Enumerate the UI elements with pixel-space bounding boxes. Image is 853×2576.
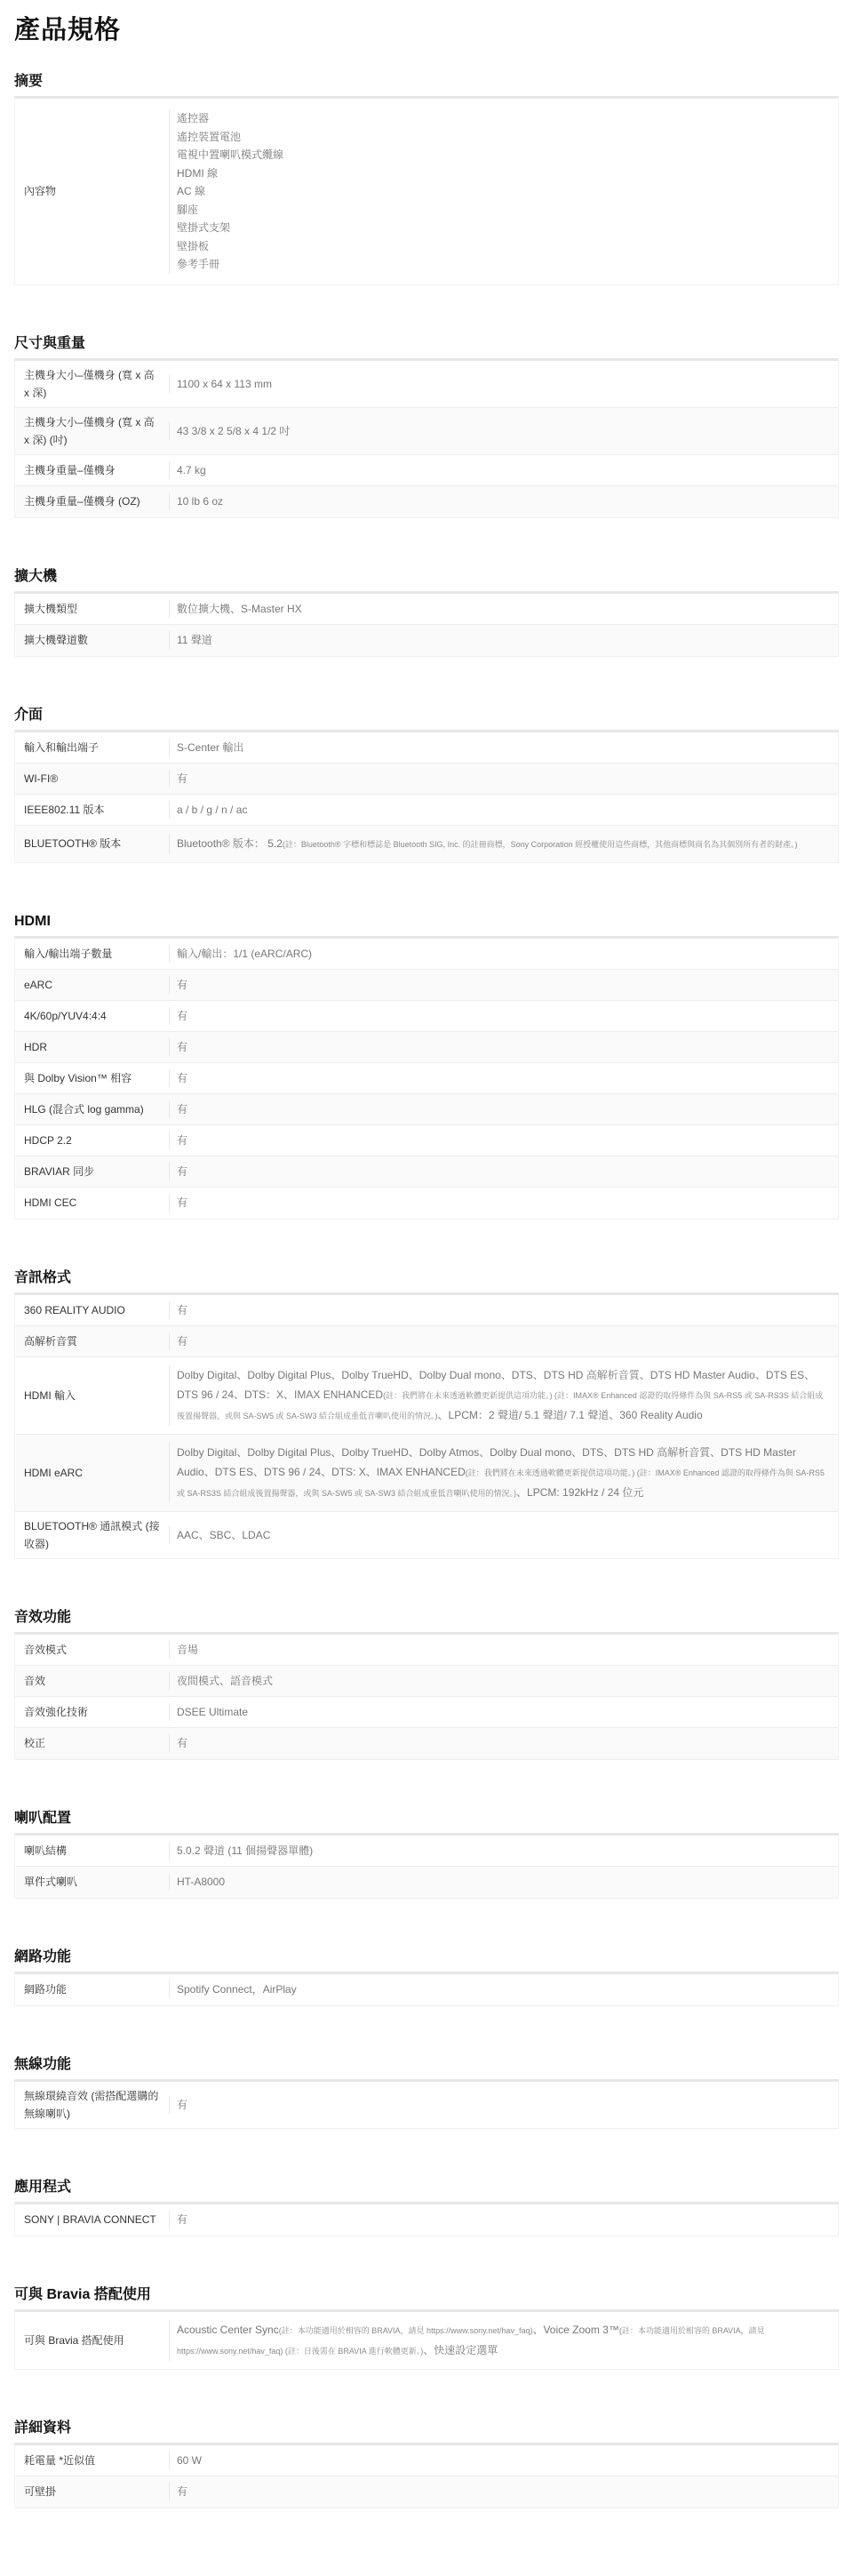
spec-value: Dolby Digital、Dolby Digital Plus、Dolby T… (169, 1443, 838, 1503)
spec-label: BRAVIAR 同步 (15, 1163, 169, 1180)
spec-label: 擴大機類型 (15, 600, 169, 618)
footnote-text: (註：Bluetooth® 字標和標誌是 Bluetooth SIG, Inc.… (283, 840, 798, 849)
spec-value: 11 聲道 (169, 631, 838, 649)
spec-row: HDCP 2.2 有 (15, 1125, 838, 1156)
spec-row: 主機身重量–僅機身 4.7 kg (15, 455, 838, 486)
spec-value: 60 W (169, 2452, 838, 2469)
spec-value: 有 (169, 1163, 838, 1180)
spec-label: 音效模式 (15, 1641, 169, 1659)
spec-label: 耗電量 *近似值 (15, 2452, 169, 2469)
contents-list-item: HDMI 線 (177, 164, 825, 183)
spec-row: HDMI eARC Dolby Digital、Dolby Digital Pl… (15, 1435, 838, 1512)
spec-label: 單件式喇叭 (15, 1873, 169, 1891)
spec-label: IEEE802.11 版本 (15, 801, 169, 819)
spec-value: 輸入/輸出：1/1 (eARC/ARC) (169, 945, 838, 963)
spec-value: 43 3/8 x 2 5/8 x 4 1/2 吋 (169, 422, 838, 440)
spec-table: 主機身大小–僅機身 (寬 x 高 x 深) 1100 x 64 x 113 mm… (14, 358, 839, 518)
spec-value: 有 (169, 1194, 838, 1212)
spec-value: 有 (169, 2096, 838, 2114)
spec-label: 4K/60p/YUV4:4:4 (15, 1007, 169, 1025)
spec-row: 喇叭結構 5.0.2 聲道 (11 個揚聲器單體) (15, 1836, 838, 1867)
spec-table: 擴大機類型 數位擴大機、S-Master HX 擴大機聲道數 11 聲道 (14, 591, 839, 657)
spec-value: 有 (169, 1332, 838, 1350)
spec-value: HT-A8000 (169, 1873, 838, 1891)
spec-value: Bluetooth® 版本： 5.2(註：Bluetooth® 字標和標誌是 B… (169, 834, 838, 854)
spec-label: 高解析音質 (15, 1332, 169, 1350)
spec-row: BLUETOOTH® 版本 Bluetooth® 版本： 5.2(註：Bluet… (15, 826, 838, 862)
spec-label: 輸入和輸出端子 (15, 739, 169, 756)
spec-label: HDMI eARC (15, 1464, 169, 1482)
page-title: 產品規格 (14, 0, 839, 73)
contents-list-item: 腳座 (177, 201, 825, 220)
spec-value: Acoustic Center Sync(註：本功能適用於相容的 BRAVIA，… (169, 2320, 838, 2361)
spec-value: Dolby Digital、Dolby Digital Plus、Dolby T… (169, 1365, 838, 1426)
spec-label: 主機身重量–僅機身 (15, 461, 169, 479)
spec-label: 主機身大小–僅機身 (寬 x 高 x 深) (15, 366, 169, 402)
spec-row: 主機身重量–僅機身 (OZ) 10 lb 6 oz (15, 486, 838, 517)
spec-label: 擴大機聲道數 (15, 631, 169, 649)
spec-section-0: 摘要 內容物 遙控器遙控裝置電池電視中置喇叭模式纜線HDMI 線AC 線腳座壁掛… (14, 73, 839, 285)
footnote-text: (註：本功能適用於相容的 BRAVIA，請見 https://www.sony.… (279, 2326, 533, 2335)
spec-section-6: 音效功能 音效模式 音場 音效 夜間模式、語音模式 音效強化技術 DSEE Ul… (14, 1609, 839, 1760)
spec-value: 有 (169, 2211, 838, 2228)
spec-row: 輸入/輸出端子數量 輸入/輸出：1/1 (eARC/ARC) (15, 939, 838, 970)
spec-label: WI-FI® (15, 770, 169, 788)
section-title: 摘要 (14, 73, 839, 96)
section-title: 網路功能 (14, 1948, 839, 1972)
spec-label: 可壁掛 (15, 2483, 169, 2500)
spec-label: 喇叭結構 (15, 1842, 169, 1860)
spec-section-9: 無線功能 無線環繞音效 (需搭配選購的無線喇叭) 有 (14, 2056, 839, 2129)
spec-value: DSEE Ultimate (169, 1703, 838, 1721)
spec-row: BRAVIAR 同步 有 (15, 1156, 838, 1188)
contents-list-item: AC 線 (177, 182, 825, 201)
spec-row: 可壁掛 有 (15, 2476, 838, 2508)
value-text: 、Voice Zoom 3™ (532, 2324, 618, 2336)
spec-row: 網路功能 Spotify Connect，AirPlay (15, 1974, 838, 2005)
spec-value: 音場 (169, 1641, 838, 1659)
spec-row: HDMI CEC 有 (15, 1188, 838, 1219)
spec-label: 360 REALITY AUDIO (15, 1301, 169, 1319)
spec-label: 主機身大小–僅機身 (寬 x 高 x 深) (吋) (15, 413, 169, 449)
section-title: 音訊格式 (14, 1269, 839, 1292)
section-title: 無線功能 (14, 2056, 839, 2079)
contents-list: 遙控器遙控裝置電池電視中置喇叭模式纜線HDMI 線AC 線腳座壁掛式支架壁掛板參… (177, 109, 825, 274)
spec-table: 輸入/輸出端子數量 輸入/輸出：1/1 (eARC/ARC) eARC 有 4K… (14, 936, 839, 1220)
spec-row: 音效模式 音場 (15, 1635, 838, 1666)
value-text: 、LPCM：2 聲道/ 5.1 聲道/ 7.1 聲道、360 Reality A… (438, 1409, 703, 1421)
spec-label: SONY | BRAVIA CONNECT (15, 2211, 169, 2228)
value-text: Acoustic Center Sync (177, 2324, 279, 2336)
spec-value: 有 (169, 1734, 838, 1752)
section-title: 應用程式 (14, 2179, 839, 2202)
spec-label: 無線環繞音效 (需搭配選購的無線喇叭) (15, 2087, 169, 2123)
spec-row: 與 Dolby Vision™ 相容 有 (15, 1063, 838, 1094)
spec-value: 有 (169, 1007, 838, 1025)
section-title: 音效功能 (14, 1609, 839, 1632)
spec-label: 內容物 (15, 182, 169, 200)
spec-label: HDMI CEC (15, 1194, 169, 1212)
spec-table: 內容物 遙控器遙控裝置電池電視中置喇叭模式纜線HDMI 線AC 線腳座壁掛式支架… (14, 96, 839, 285)
spec-label: 輸入/輸出端子數量 (15, 945, 169, 963)
spec-value: 有 (169, 1132, 838, 1149)
value-text: 、LPCM: 192kHz / 24 位元 (516, 1486, 643, 1499)
spec-table: 可與 Bravia 搭配使用 Acoustic Center Sync(註：本功… (14, 2309, 839, 2370)
section-title: 喇叭配置 (14, 1810, 839, 1833)
contents-list-item: 參考手冊 (177, 255, 825, 274)
spec-row: 無線環繞音效 (需搭配選購的無線喇叭) 有 (15, 2082, 838, 2128)
spec-label: 音效強化技術 (15, 1703, 169, 1721)
spec-row: 高解析音質 有 (15, 1326, 838, 1357)
spec-label: BLUETOOTH® 通訊模式 (接收器) (15, 1517, 169, 1553)
section-title: 尺寸與重量 (14, 335, 839, 358)
spec-section-3: 介面 輸入和輸出端子 S-Center 輸出 WI-FI® 有 IEEE802.… (14, 707, 839, 863)
spec-section-8: 網路功能 網路功能 Spotify Connect，AirPlay (14, 1948, 839, 2006)
spec-row: 可與 Bravia 搭配使用 Acoustic Center Sync(註：本功… (15, 2312, 838, 2369)
spec-row: WI-FI® 有 (15, 764, 838, 795)
contents-list-item: 壁掛式支架 (177, 219, 825, 237)
spec-label: BLUETOOTH® 版本 (15, 835, 169, 852)
contents-list-item: 電視中置喇叭模式纜線 (177, 146, 825, 164)
spec-value: 有 (169, 976, 838, 994)
spec-value: 有 (169, 2483, 838, 2500)
spec-table: 喇叭結構 5.0.2 聲道 (11 個揚聲器單體) 單件式喇叭 HT-A8000 (14, 1833, 839, 1899)
spec-sections: 摘要 內容物 遙控器遙控裝置電池電視中置喇叭模式纜線HDMI 線AC 線腳座壁掛… (14, 73, 839, 2508)
spec-row: 360 REALITY AUDIO 有 (15, 1295, 838, 1326)
spec-table: 無線環繞音效 (需搭配選購的無線喇叭) 有 (14, 2079, 839, 2129)
section-title: 介面 (14, 707, 839, 730)
spec-section-1: 尺寸與重量 主機身大小–僅機身 (寬 x 高 x 深) 1100 x 64 x … (14, 335, 839, 518)
spec-label: 與 Dolby Vision™ 相容 (15, 1069, 169, 1087)
spec-row: 音效強化技術 DSEE Ultimate (15, 1697, 838, 1728)
spec-row: 擴大機類型 數位擴大機、S-Master HX (15, 594, 838, 625)
spec-row: HLG (混合式 log gamma) 有 (15, 1094, 838, 1125)
spec-row: 4K/60p/YUV4:4:4 有 (15, 1001, 838, 1032)
spec-section-2: 擴大機 擴大機類型 數位擴大機、S-Master HX 擴大機聲道數 11 聲道 (14, 568, 839, 657)
spec-label: 網路功能 (15, 1980, 169, 1998)
contents-list-item: 遙控裝置電池 (177, 128, 825, 147)
spec-value: 有 (169, 1301, 838, 1319)
spec-label: eARC (15, 976, 169, 994)
spec-label: HDMI 輸入 (15, 1387, 169, 1404)
spec-table: 網路功能 Spotify Connect，AirPlay (14, 1972, 839, 2006)
spec-value: 1100 x 64 x 113 mm (169, 375, 838, 393)
spec-row: 擴大機聲道數 11 聲道 (15, 625, 838, 656)
spec-value: 遙控器遙控裝置電池電視中置喇叭模式纜線HDMI 線AC 線腳座壁掛式支架壁掛板參… (169, 109, 838, 274)
spec-row: 主機身大小–僅機身 (寬 x 高 x 深) 1100 x 64 x 113 mm (15, 361, 838, 408)
contents-list-item: 壁掛板 (177, 237, 825, 256)
spec-label: HLG (混合式 log gamma) (15, 1100, 169, 1118)
spec-section-12: 詳細資料 耗電量 *近似值 60 W 可壁掛 有 (14, 2420, 839, 2508)
spec-label: HDCP 2.2 (15, 1132, 169, 1149)
spec-table: 音效模式 音場 音效 夜間模式、語音模式 音效強化技術 DSEE Ultimat… (14, 1632, 839, 1760)
spec-row: SONY | BRAVIA CONNECT 有 (15, 2204, 838, 2236)
spec-row: 音效 夜間模式、語音模式 (15, 1666, 838, 1697)
spec-row: 內容物 遙控器遙控裝置電池電視中置喇叭模式纜線HDMI 線AC 線腳座壁掛式支架… (15, 99, 838, 284)
spec-section-10: 應用程式 SONY | BRAVIA CONNECT 有 (14, 2179, 839, 2236)
section-title: 擴大機 (14, 568, 839, 591)
spec-table: SONY | BRAVIA CONNECT 有 (14, 2202, 839, 2236)
contents-list-item: 遙控器 (177, 109, 825, 128)
spec-section-7: 喇叭配置 喇叭結構 5.0.2 聲道 (11 個揚聲器單體) 單件式喇叭 HT-… (14, 1810, 839, 1899)
spec-value: 有 (169, 1100, 838, 1118)
spec-row: BLUETOOTH® 通訊模式 (接收器) AAC、SBC、LDAC (15, 1512, 838, 1558)
spec-value: 4.7 kg (169, 461, 838, 479)
value-text: 、快速設定選單 (423, 2344, 498, 2356)
spec-label: 校正 (15, 1734, 169, 1752)
spec-label: HDR (15, 1038, 169, 1056)
spec-table: 360 REALITY AUDIO 有 高解析音質 有 HDMI 輸入 Dolb… (14, 1292, 839, 1559)
spec-row: 主機身大小–僅機身 (寬 x 高 x 深) (吋) 43 3/8 x 2 5/8… (15, 408, 838, 455)
section-title: 詳細資料 (14, 2420, 839, 2443)
spec-section-5: 音訊格式 360 REALITY AUDIO 有 高解析音質 有 HDMI 輸入… (14, 1269, 839, 1559)
spec-value: 5.0.2 聲道 (11 個揚聲器單體) (169, 1842, 838, 1860)
spec-label: 音效 (15, 1672, 169, 1690)
spec-row: 輸入和輸出端子 S-Center 輸出 (15, 732, 838, 764)
spec-value: a / b / g / n / ac (169, 801, 838, 819)
section-title: HDMI (14, 913, 839, 936)
spec-row: HDR 有 (15, 1032, 838, 1063)
section-title: 可與 Bravia 搭配使用 (14, 2286, 839, 2309)
spec-value: 夜間模式、語音模式 (169, 1672, 838, 1690)
spec-value: 有 (169, 1038, 838, 1056)
spec-row: HDMI 輸入 Dolby Digital、Dolby Digital Plus… (15, 1357, 838, 1435)
spec-value: 數位擴大機、S-Master HX (169, 600, 838, 618)
spec-value: 有 (169, 770, 838, 788)
spec-value: 有 (169, 1069, 838, 1087)
spec-row: eARC 有 (15, 970, 838, 1001)
spec-row: 校正 有 (15, 1728, 838, 1759)
spec-section-4: HDMI 輸入/輸出端子數量 輸入/輸出：1/1 (eARC/ARC) eARC… (14, 913, 839, 1220)
spec-value: S-Center 輸出 (169, 739, 838, 756)
spec-row: 耗電量 *近似值 60 W (15, 2445, 838, 2476)
spec-table: 耗電量 *近似值 60 W 可壁掛 有 (14, 2443, 839, 2508)
spec-value: AAC、SBC、LDAC (169, 1526, 838, 1544)
spec-section-11: 可與 Bravia 搭配使用 可與 Bravia 搭配使用 Acoustic C… (14, 2286, 839, 2370)
spec-value: Spotify Connect，AirPlay (169, 1980, 838, 1998)
spec-row: 單件式喇叭 HT-A8000 (15, 1867, 838, 1898)
spec-value: 10 lb 6 oz (169, 492, 838, 510)
spec-label: 主機身重量–僅機身 (OZ) (15, 492, 169, 510)
spec-label: 可與 Bravia 搭配使用 (15, 2332, 169, 2349)
value-text: Bluetooth® 版本： 5.2 (177, 837, 283, 850)
spec-row: IEEE802.11 版本 a / b / g / n / ac (15, 795, 838, 826)
spec-table: 輸入和輸出端子 S-Center 輸出 WI-FI® 有 IEEE802.11 … (14, 730, 839, 863)
